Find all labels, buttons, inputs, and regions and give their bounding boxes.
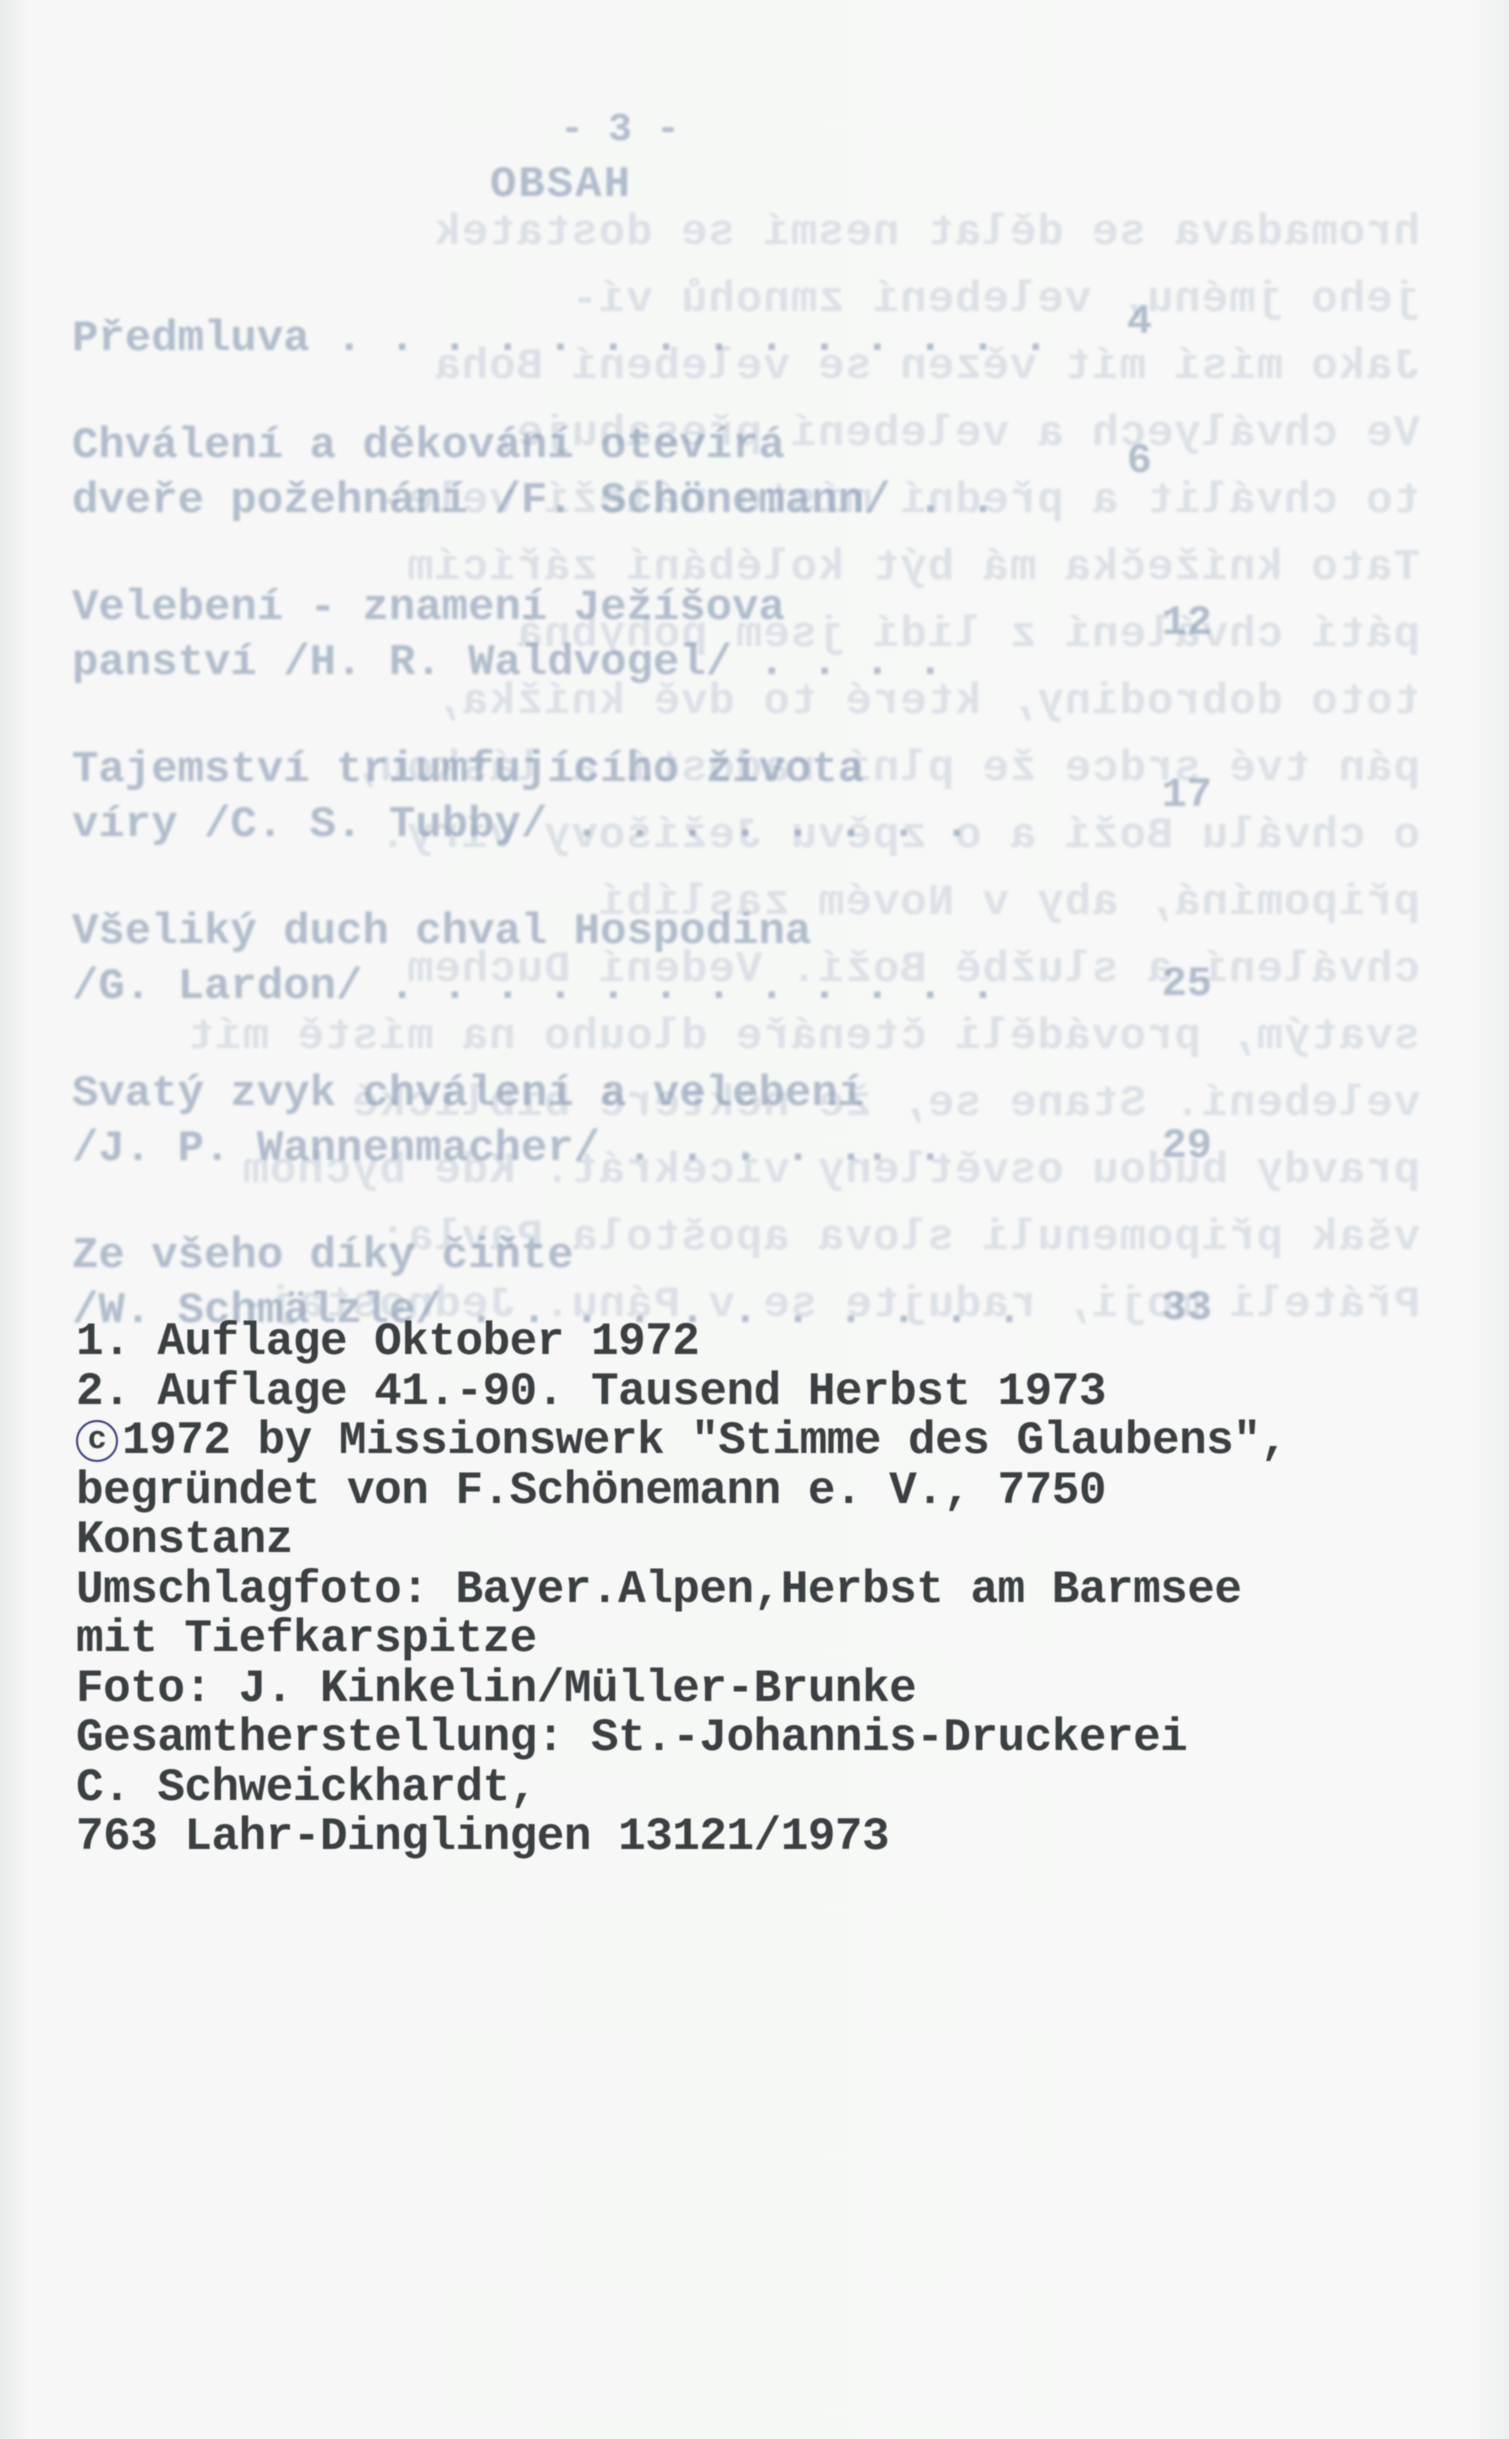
cover-photo-line: Umschlagfoto: Bayer.Alpen,Herbst am Barm… <box>76 1566 1496 1616</box>
edition-line-1: 1. Auflage Oktober 1972 <box>76 1318 1496 1368</box>
toc-entry-page: 17 <box>1162 771 1212 819</box>
copyright-text: 1972 by Missionswerk "Stimme des Glauben… <box>122 1415 1288 1467</box>
toc-entry-author: /J. P. Wannenmacher/ . . . . .. . <box>72 1122 1272 1177</box>
toc-entry-author: dveře požehnání /F. Schönemann/ . . <box>72 474 1272 529</box>
copyright-line: c1972 by Missionswerk "Stimme des Glaube… <box>76 1417 1496 1467</box>
printer-address: 763 Lahr-Dinglingen 13121/1973 <box>76 1813 1496 1863</box>
cover-photo-line-2: mit Tiefkarspitze <box>76 1615 1496 1665</box>
toc-entry: Tajemství triumfujícího života víry /C. … <box>72 743 1272 853</box>
imprint-block: 1. Auflage Oktober 1972 2. Auflage 41.-9… <box>76 1318 1496 1863</box>
toc-entry-page: 29 <box>1162 1122 1212 1170</box>
toc-entry-page: 12 <box>1162 599 1212 647</box>
toc-entry-author: panství /H. R. Waldvogel/ . . . . <box>72 636 1272 691</box>
toc-entry: Všeliký duch chval Hospodina /G. Lardon/… <box>72 905 1272 1015</box>
publisher-city: Konstanz <box>76 1516 1496 1566</box>
toc-entry-author: víry /C. S. Tubby/ . . . . . . . . <box>72 798 1272 853</box>
toc-entry-page: 25 <box>1162 960 1212 1008</box>
toc-entry-page: 6 <box>1127 437 1152 485</box>
toc-entry-title: Svatý zvyk chválení a velebení <box>72 1067 1272 1122</box>
toc-entry-page: 4 <box>1127 298 1152 346</box>
toc-entry: Svatý zvyk chválení a velebení /J. P. Wa… <box>72 1067 1272 1177</box>
bleed-line: hromadava se dělat nesmí se dostatek <box>120 200 1420 267</box>
printer-line: Gesamtherstellung: St.-Johannis-Druckere… <box>76 1714 1496 1764</box>
photo-credit: Foto: J. Kinkelin/Müller-Brunke <box>76 1665 1496 1715</box>
toc-entry-title: Chválení a děkování otevírá <box>72 419 1272 474</box>
toc-entry-author: /G. Lardon/ . . . . . . . . . . . . <box>72 960 1272 1015</box>
table-of-contents: Předmluva . . . . . . . . . . . . . . 4 … <box>72 312 1272 1391</box>
toc-entry: Velebení - znamení Ježíšova panství /H. … <box>72 581 1272 691</box>
toc-entry-preface: Předmluva . . . . . . . . . . . . . . 4 <box>72 312 1272 367</box>
printer-name: C. Schweickhardt, <box>76 1764 1496 1814</box>
toc-entry: Chválení a děkování otevírá dveře požehn… <box>72 419 1272 529</box>
toc-entry-title: Předmluva . . . . . . . . . . . . . . <box>72 312 1272 367</box>
toc-entry-title: Tajemství triumfujícího života <box>72 743 1272 798</box>
toc-entry-title: Velebení - znamení Ježíšova <box>72 581 1272 636</box>
page-number: - 3 - <box>520 108 720 153</box>
edition-line-2: 2. Auflage 41.-90. Tausend Herbst 1973 <box>76 1368 1496 1418</box>
page-heading: OBSAH <box>490 160 632 210</box>
publisher-line: begründet von F.Schönemann e. V., 7750 <box>76 1467 1496 1517</box>
toc-entry-title: Ze všeho díky čiňte <box>72 1229 1272 1284</box>
copyright-icon: c <box>76 1420 118 1462</box>
toc-entry-title: Všeliký duch chval Hospodina <box>72 905 1272 960</box>
